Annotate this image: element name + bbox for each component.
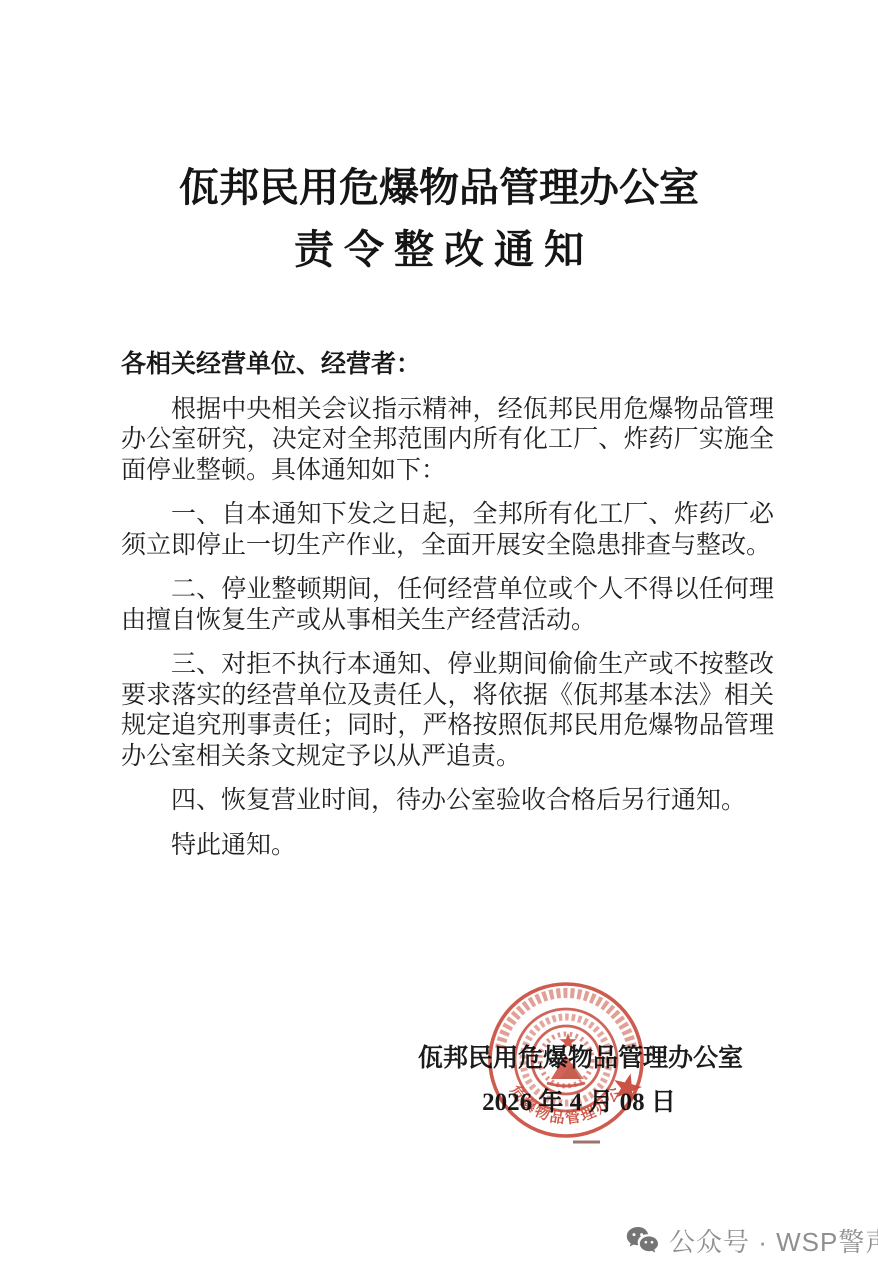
salutation: 各相关经营单位、经营者： [121,350,774,381]
paragraph-item-4: 四、恢复营业时间，待办公室验收合格后另行通知。 [121,786,774,817]
title-notice-type: 责令整改通知 [0,226,878,274]
paragraph-closing: 特此通知。 [121,831,774,862]
wechat-watermark: 公众号 · WSP警声 [626,1222,878,1259]
paragraph-item-1: 一、自本通知下发之日起，全邦所有化工厂、炸药厂必须立即停止一切生产作业，全面开展… [121,500,774,561]
wechat-icon [626,1226,660,1256]
watermark-label: 公众号 · WSP警声 [669,1222,878,1259]
notice-body: 各相关经营单位、经营者： 根据中央相关会议指示精神，经佤邦民用危爆物品管理办公室… [121,350,774,861]
paragraph-item-2: 二、停业整顿期间，任何经营单位或个人不得以任何理由擅自恢复生产或从事相关生产经营… [121,575,774,636]
notice-document: 佤邦民用危爆物品管理办公室 责令整改通知 各相关经营单位、经营者： 根据中央相关… [0,0,878,1280]
seal-top-star-icon [559,1033,576,1049]
title-office-name: 佤邦民用危爆物品管理办公室 [0,164,878,212]
official-seal-stamp: 危爆物品管理办公 [481,975,656,1150]
document-title: 佤邦民用危爆物品管理办公室 责令整改通知 [0,164,878,274]
paragraph-item-3: 三、对拒不执行本通知、停业期间偷偷生产或不按整改要求落实的经营单位及责任人，将依… [121,650,774,772]
paragraph-intro: 根据中央相关会议指示精神，经佤邦民用危爆物品管理办公室研究，决定对全邦范围内所有… [121,395,774,487]
